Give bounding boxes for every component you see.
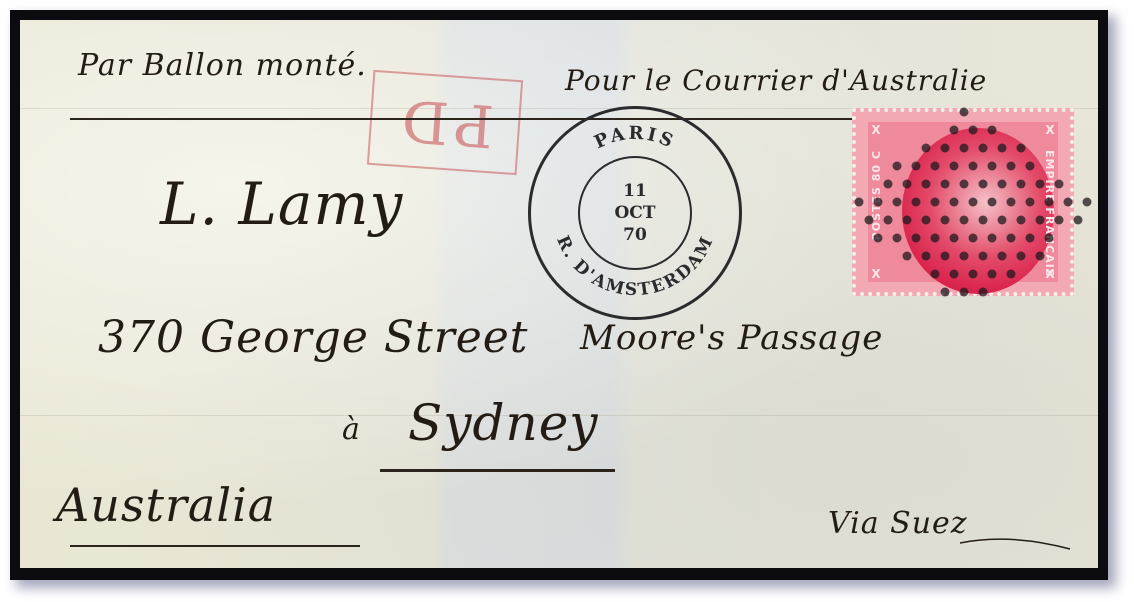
address-street-extra: Moore's Passage: [580, 318, 883, 358]
address-country: Australia: [56, 478, 276, 532]
postmark-date: 11 OCT 70: [578, 156, 692, 270]
balloon-header-text: Par Ballon monté.: [78, 48, 367, 83]
dotted-cancellation: [830, 100, 1100, 320]
courier-header-text: Pour le Courrier d'Australie: [565, 64, 987, 97]
country-underline: [70, 545, 360, 547]
address-city: Sydney: [408, 394, 599, 452]
pd-handstamp: PD: [367, 70, 523, 175]
route-flourish: [960, 535, 1080, 555]
route-note: Via Suez: [828, 506, 968, 541]
header-underline: [70, 118, 950, 120]
paris-postmark: PARIS R. D'AMSTERDAM 11 OCT 70: [528, 106, 742, 320]
city-underline: [380, 469, 615, 472]
svg-text:PARIS: PARIS: [591, 123, 678, 153]
address-street: 370 George Street: [98, 312, 529, 363]
city-prefix: à: [342, 412, 361, 447]
addressee-name: L. Lamy: [160, 170, 403, 238]
